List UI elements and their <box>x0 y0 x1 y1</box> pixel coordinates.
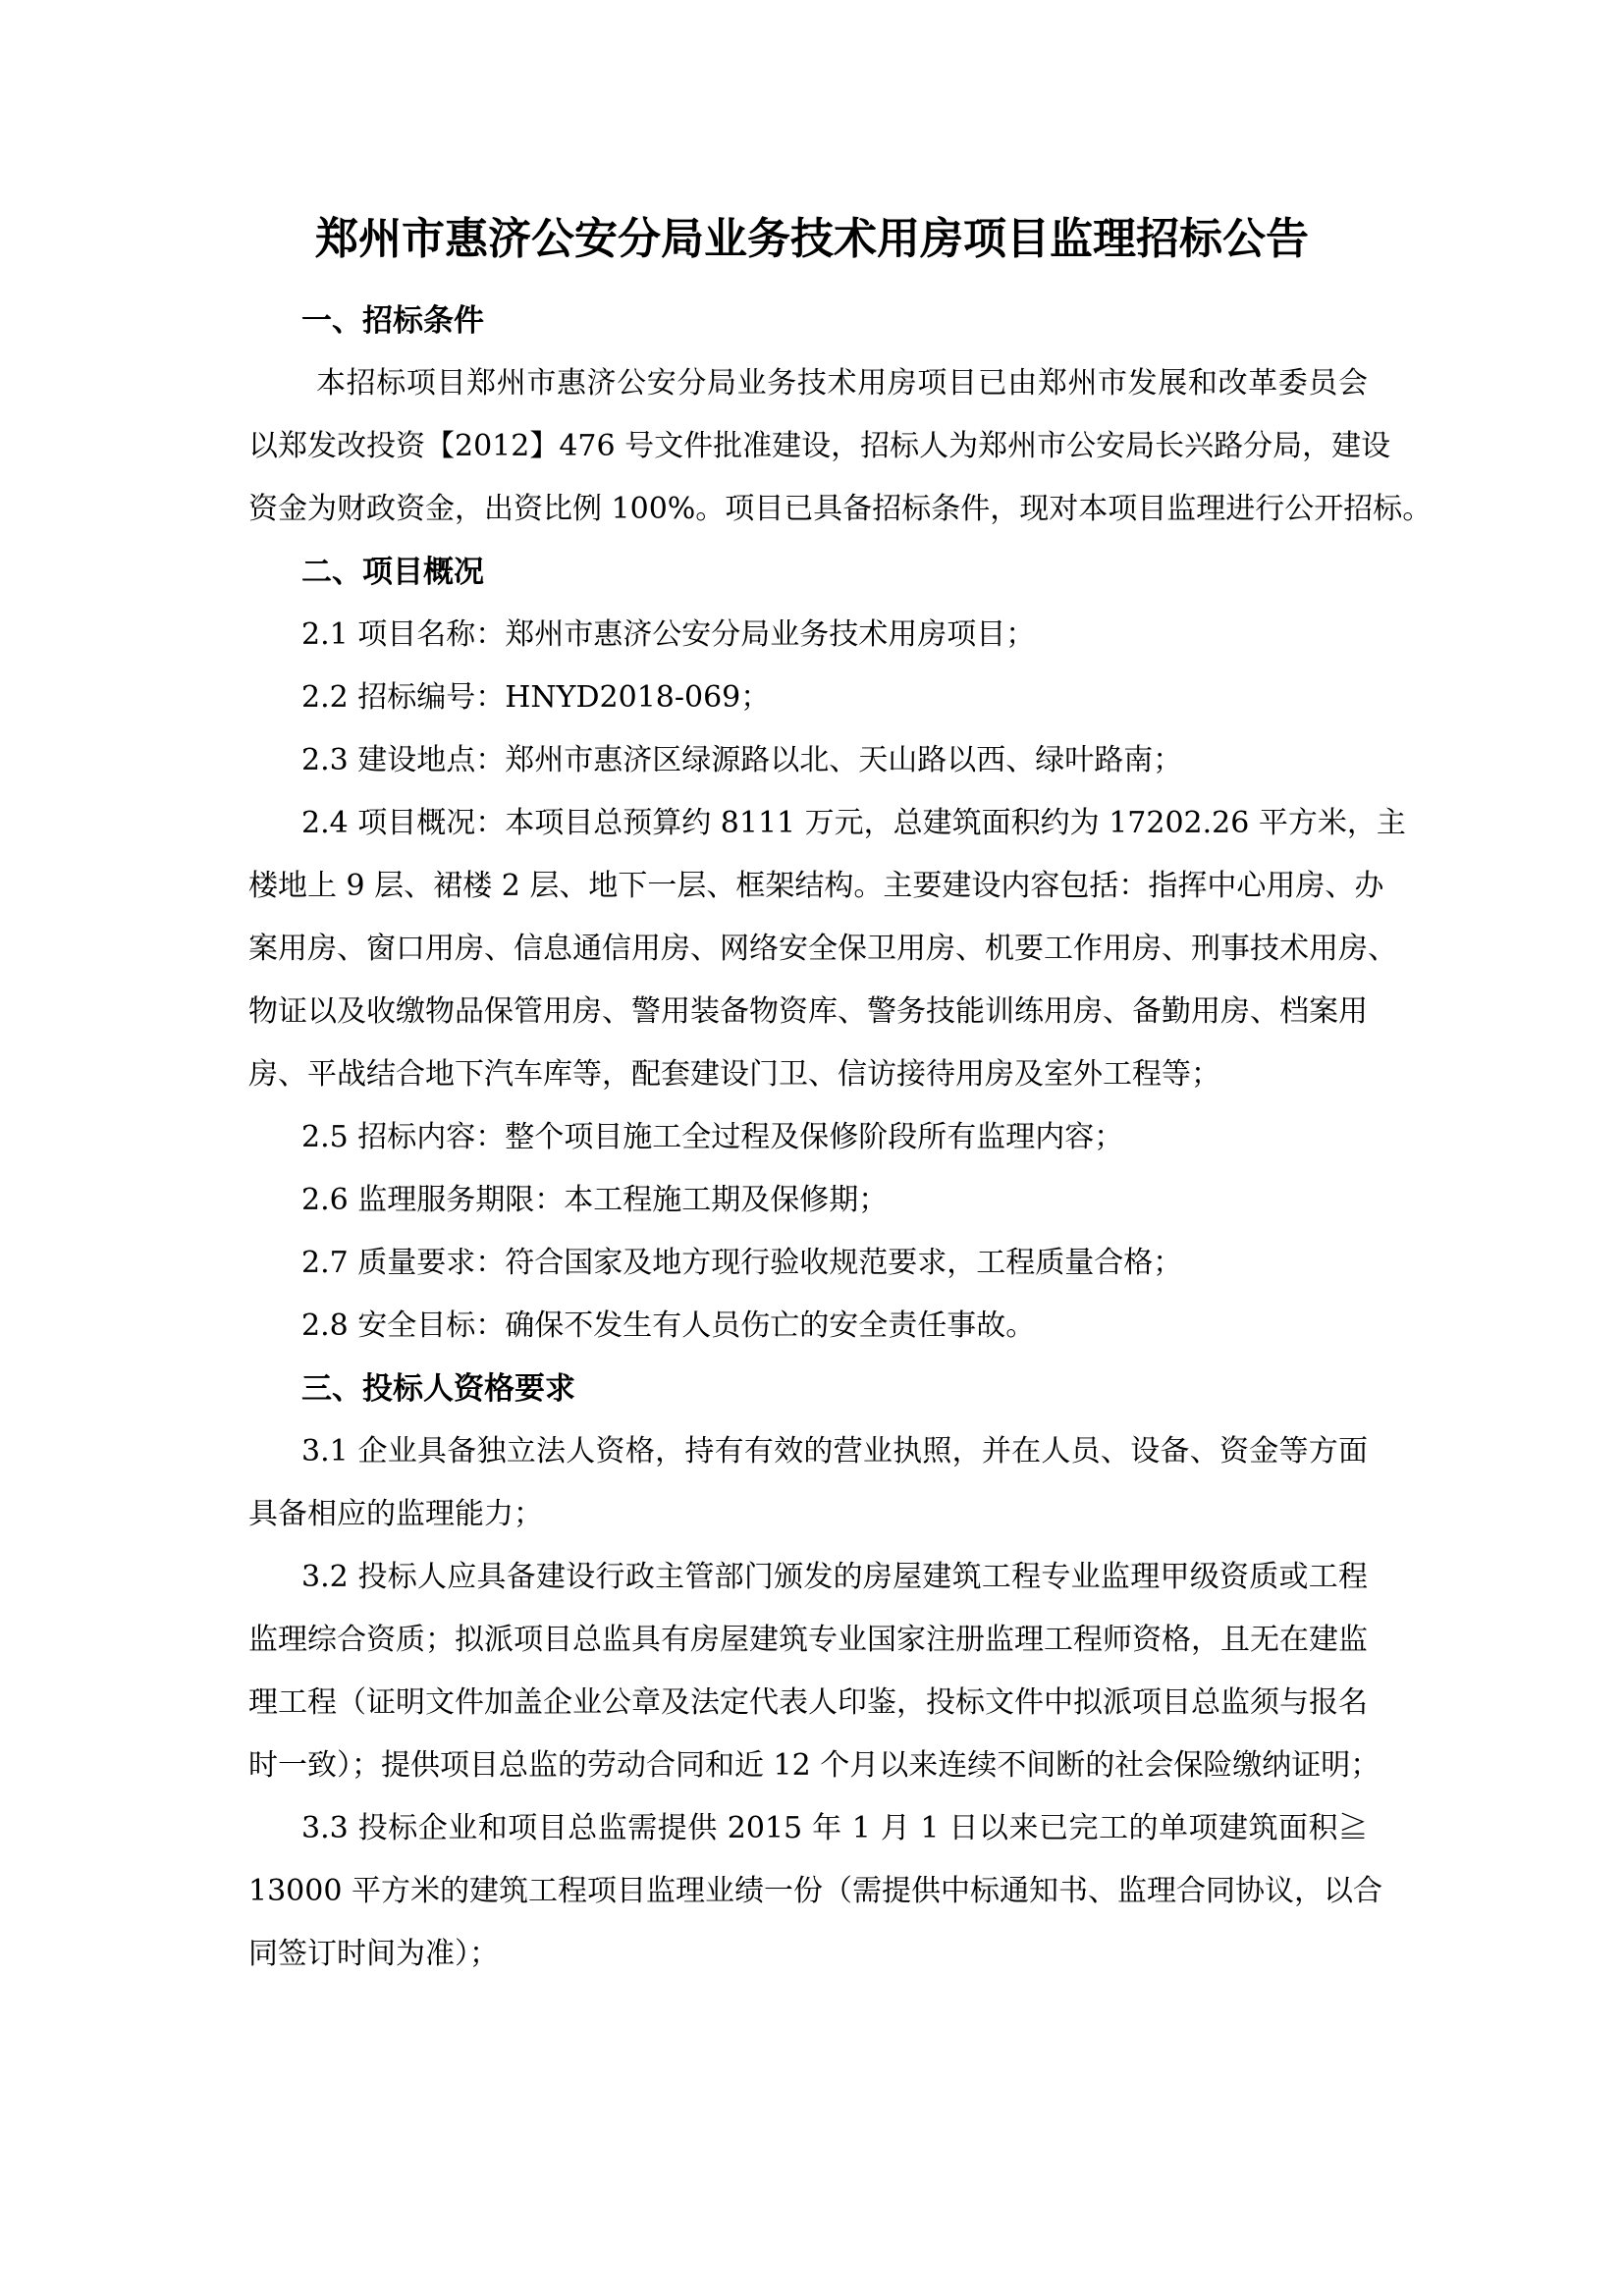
text-line: 物证以及收缴物品保管用房、警用装备物资库、警务技能训练用房、备勤用房、档案用 <box>248 981 1368 1043</box>
text-line: 2.8 安全目标：确保不发生有人员伤亡的安全责任事故。 <box>248 1295 1368 1358</box>
text-line: 二、项目概况 <box>248 541 1368 604</box>
document-title: 郑州市惠济公安分局业务技术用房项目监理招标公告 <box>0 208 1624 271</box>
section-heading: 三、投标人资格要求 <box>248 1358 1368 1420</box>
text-line: 理工程（证明文件加盖企业公章及法定代表人印鉴，投标文件中拟派项目总监须与报名 <box>248 1672 1368 1735</box>
list-item: 2.2 招标编号：HNYD2018-069； <box>248 667 1368 729</box>
text-line: 楼地上 9 层、裙楼 2 层、地下一层、框架结构。主要建设内容包括：指挥中心用房… <box>248 855 1368 918</box>
text-line: 2.1 项目名称：郑州市惠济公安分局业务技术用房项目； <box>248 604 1368 667</box>
list-item: 2.6 监理服务期限：本工程施工期及保修期； <box>248 1169 1368 1232</box>
list-item: 2.7 质量要求：符合国家及地方现行验收规范要求，工程质量合格； <box>248 1232 1368 1295</box>
text-line: 2.2 招标编号：HNYD2018-069； <box>248 667 1368 729</box>
list-item: 2.5 招标内容：整个项目施工全过程及保修阶段所有监理内容； <box>248 1106 1368 1169</box>
text-line: 13000 平方米的建筑工程项目监理业绩一份（需提供中标通知书、监理合同协议，以… <box>248 1860 1368 1923</box>
text-line: 本招标项目郑州市惠济公安分局业务技术用房项目已由郑州市发展和改革委员会 <box>248 352 1368 415</box>
text-line: 资金为财政资金，出资比例 100%。项目已具备招标条件，现对本项目监理进行公开招… <box>248 478 1368 541</box>
text-line: 案用房、窗口用房、信息通信用房、网络安全保卫用房、机要工作用房、刑事技术用房、 <box>248 918 1368 981</box>
paragraph: 本招标项目郑州市惠济公安分局业务技术用房项目已由郑州市发展和改革委员会以郑发改投… <box>248 352 1368 541</box>
text-line: 同签订时间为准）； <box>248 1923 1368 1986</box>
text-line: 2.5 招标内容：整个项目施工全过程及保修阶段所有监理内容； <box>248 1106 1368 1169</box>
list-item: 3.3 投标企业和项目总监需提供 2015 年 1 月 1 日以来已完工的单项建… <box>248 1797 1368 1986</box>
text-line: 3.2 投标人应具备建设行政主管部门颁发的房屋建筑工程专业监理甲级资质或工程 <box>248 1546 1368 1609</box>
text-line: 2.3 建设地点：郑州市惠济区绿源路以北、天山路以西、绿叶路南； <box>248 729 1368 792</box>
section-heading: 二、项目概况 <box>248 541 1368 604</box>
list-item: 2.4 项目概况：本项目总预算约 8111 万元，总建筑面积约为 17202.2… <box>248 792 1368 1106</box>
text-line: 三、投标人资格要求 <box>248 1358 1368 1420</box>
text-line: 房、平战结合地下汽车库等，配套建设门卫、信访接待用房及室外工程等； <box>248 1043 1368 1106</box>
text-line: 2.4 项目概况：本项目总预算约 8111 万元，总建筑面积约为 17202.2… <box>248 792 1368 855</box>
text-line: 以郑发改投资【2012】476 号文件批准建设，招标人为郑州市公安局长兴路分局，… <box>248 415 1368 478</box>
text-line: 监理综合资质；拟派项目总监具有房屋建筑专业国家注册监理工程师资格，且无在建监 <box>248 1609 1368 1672</box>
text-line: 2.6 监理服务期限：本工程施工期及保修期； <box>248 1169 1368 1232</box>
document-page: 郑州市惠济公安分局业务技术用房项目监理招标公告 一、招标条件本招标项目郑州市惠济… <box>0 0 1624 2296</box>
text-line: 3.3 投标企业和项目总监需提供 2015 年 1 月 1 日以来已完工的单项建… <box>248 1797 1368 1860</box>
text-line: 2.7 质量要求：符合国家及地方现行验收规范要求，工程质量合格； <box>248 1232 1368 1295</box>
list-item: 2.3 建设地点：郑州市惠济区绿源路以北、天山路以西、绿叶路南； <box>248 729 1368 792</box>
text-line: 3.1 企业具备独立法人资格，持有有效的营业执照，并在人员、设备、资金等方面 <box>248 1420 1368 1483</box>
section-heading: 一、招标条件 <box>248 290 1368 352</box>
text-line: 时一致）；提供项目总监的劳动合同和近 12 个月以来连续不间断的社会保险缴纳证明… <box>248 1735 1368 1797</box>
text-line: 一、招标条件 <box>248 290 1368 352</box>
document-body: 一、招标条件本招标项目郑州市惠济公安分局业务技术用房项目已由郑州市发展和改革委员… <box>248 290 1368 1986</box>
list-item: 3.1 企业具备独立法人资格，持有有效的营业执照，并在人员、设备、资金等方面具备… <box>248 1420 1368 1546</box>
list-item: 2.8 安全目标：确保不发生有人员伤亡的安全责任事故。 <box>248 1295 1368 1358</box>
list-item: 2.1 项目名称：郑州市惠济公安分局业务技术用房项目； <box>248 604 1368 667</box>
list-item: 3.2 投标人应具备建设行政主管部门颁发的房屋建筑工程专业监理甲级资质或工程监理… <box>248 1546 1368 1797</box>
text-line: 具备相应的监理能力； <box>248 1483 1368 1546</box>
